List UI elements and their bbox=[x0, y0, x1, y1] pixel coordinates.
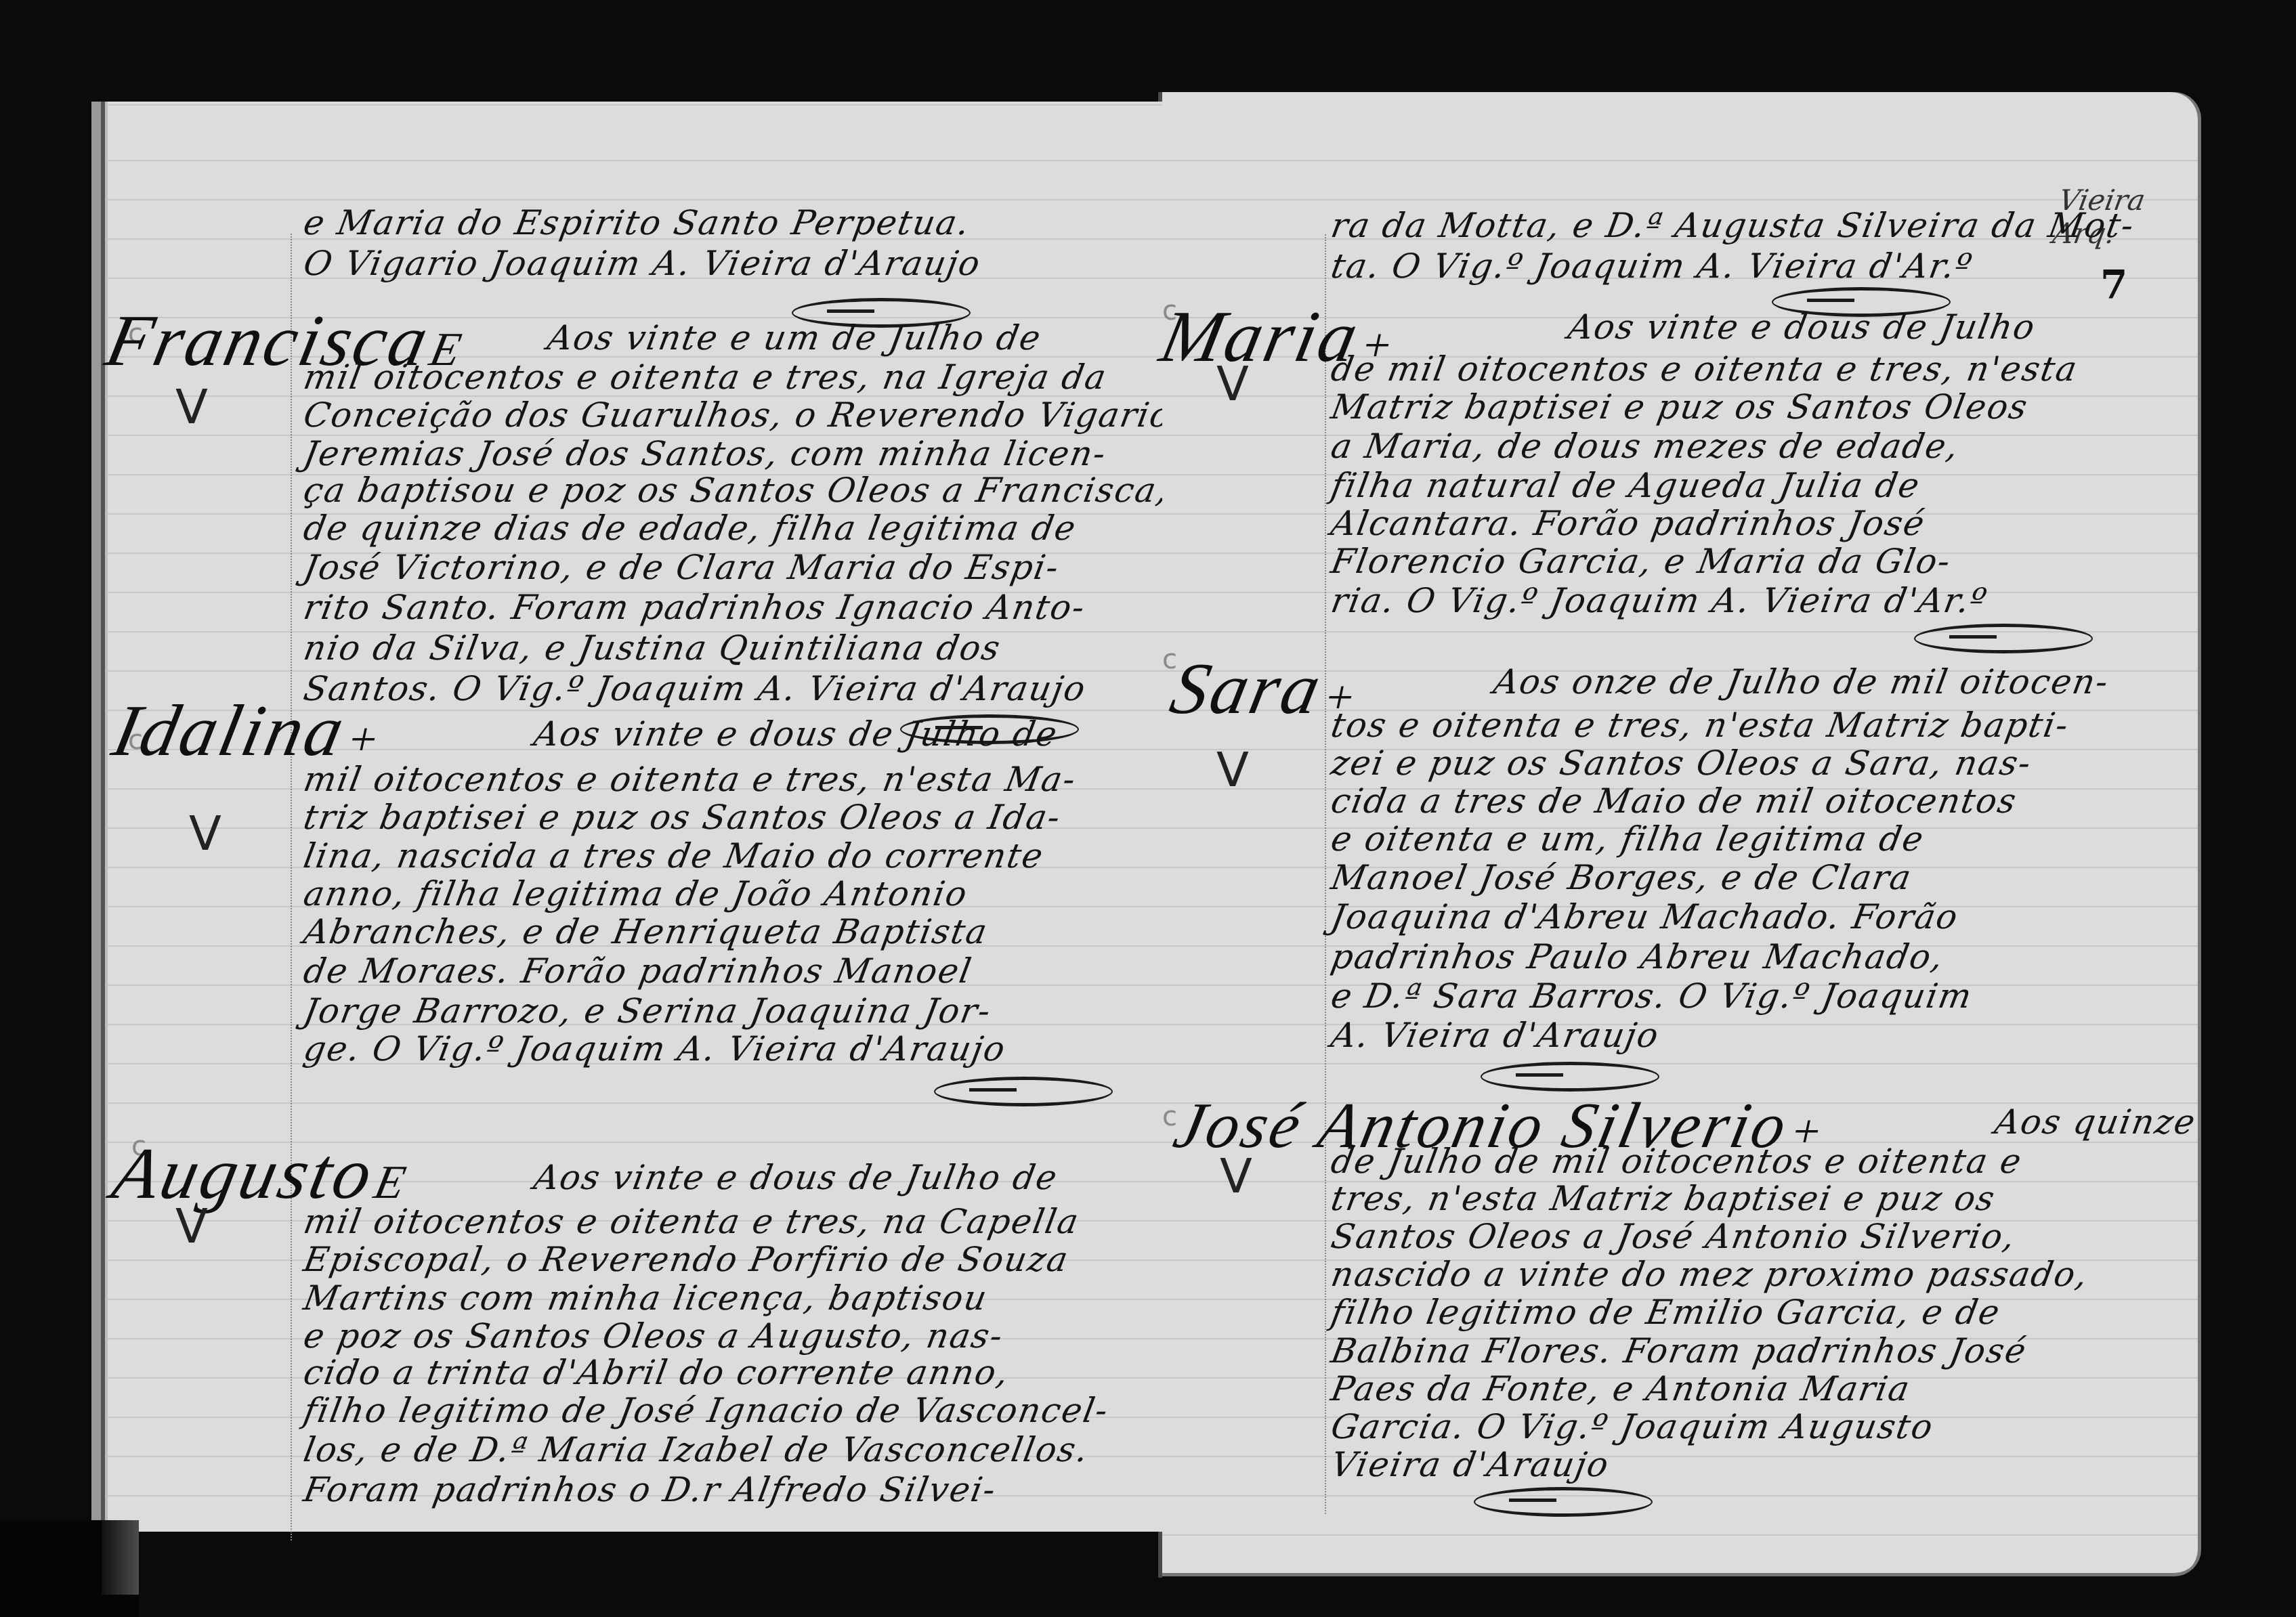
entry-line: Matriz baptisei e puz os Santos Oleos bbox=[1328, 387, 2031, 427]
entry-line: cido a trinta d'Abril do corrente anno, bbox=[301, 1353, 1013, 1392]
signature-flourish bbox=[1474, 1487, 1653, 1517]
entry-line: Balbina Flores. Foram padrinhos José bbox=[1328, 1331, 2031, 1371]
margin-rule bbox=[1325, 234, 1326, 1514]
entry-line: filho legitimo de Emilio Garcia, e de bbox=[1328, 1293, 2004, 1332]
entry-line: Aos vinte e dous de Julho de bbox=[531, 1158, 1061, 1197]
entry-line: a Maria, de dous mezes de edade, bbox=[1328, 427, 1963, 466]
entry-line: Alcantara. Forão padrinhos José bbox=[1328, 504, 1929, 543]
entry-line: zei e puz os Santos Oleos a Sara, nas- bbox=[1328, 743, 2035, 783]
entry-line: Joaquina d'Abreu Machado. Forão bbox=[1328, 897, 1962, 936]
signature-line: Santos. O Vig.º Joaquim A. Vieira d'Arau… bbox=[301, 669, 1090, 708]
entry-line: Episcopal, o Reverendo Porfirio de Souza bbox=[301, 1240, 1072, 1279]
entry-line: Florencio Garcia, e Maria da Glo- bbox=[1328, 542, 1955, 581]
signature-line: O Vigario Joaquim A. Vieira d'Araujo bbox=[301, 244, 984, 283]
entry-line: mil oitocentos e oitenta e tres, n'esta … bbox=[301, 760, 1080, 799]
left-page: e Maria do Espirito Santo Perpetua. O Vi… bbox=[91, 102, 1169, 1532]
entry-line: cida a tres de Maio de mil oitocentos bbox=[1328, 781, 2020, 821]
entry-line: los, e de D.ª Maria Izabel de Vasconcell… bbox=[301, 1430, 1092, 1469]
entry-line: tres, n'esta Matriz baptisei e puz os bbox=[1328, 1179, 1999, 1218]
entry-line: Aos vinte e um de Julho de bbox=[545, 318, 1045, 358]
entry-line: nio da Silva, e Justina Quintiliana dos bbox=[301, 628, 1004, 668]
margin-c-mark: c bbox=[1162, 644, 1177, 675]
entry-line: Foram padrinhos o D.r Alfredo Silvei- bbox=[301, 1470, 1000, 1509]
page-number: 7 bbox=[2100, 261, 2127, 307]
entry-line: e D.ª Sara Barros. O Vig.º Joaquim bbox=[1328, 976, 1976, 1016]
entry-line: filha natural de Agueda Julia de bbox=[1328, 466, 1923, 505]
signature-flourish bbox=[1914, 624, 2093, 653]
entry-line: tos e oitenta e tres, n'esta Matriz bapt… bbox=[1328, 706, 2072, 745]
entry-line: mil oitocentos e oitenta e tres, na Cape… bbox=[301, 1202, 1082, 1241]
entry-line: Aos quinze bbox=[1992, 1102, 2199, 1142]
check-mark: V bbox=[175, 379, 208, 435]
continuation-line: e Maria do Espirito Santo Perpetua. bbox=[301, 203, 973, 242]
entry-line: anno, filha legitima de João Antonio bbox=[301, 874, 971, 913]
check-mark: V bbox=[1220, 1148, 1252, 1204]
scanner-shadow-edge bbox=[102, 1520, 139, 1595]
entry-line: lina, nascida a tres de Maio do corrente bbox=[301, 836, 1047, 876]
entry-line: José Victorino, e de Clara Maria do Espi… bbox=[301, 548, 1063, 587]
check-mark: V bbox=[1216, 356, 1249, 412]
signature-line: ge. O Vig.º Joaquim A. Vieira d'Araujo bbox=[301, 1029, 1009, 1069]
entry-line: Aos vinte e dous de Julho de bbox=[531, 714, 1061, 754]
entry-line: de mil oitocentos e oitenta e tres, n'es… bbox=[1328, 349, 2081, 389]
check-mark: V bbox=[1216, 742, 1249, 798]
entry-mark: + bbox=[341, 714, 387, 766]
entry-line: de quinze dias de edade, filha legitima … bbox=[301, 509, 1080, 548]
signature-line: A. Vieira d'Araujo bbox=[1328, 1016, 1663, 1055]
entry-line: Conceição dos Guarulhos, o Reverendo Vig… bbox=[301, 395, 1175, 435]
entry-line: e poz os Santos Oleos a Augusto, nas- bbox=[301, 1316, 1006, 1356]
right-page: Vieira Arq. 7 ra da Motta, e D.ª Augusta… bbox=[1162, 92, 2201, 1576]
entry-line: Jorge Barrozo, e Serina Joaquina Jor- bbox=[301, 991, 995, 1031]
signature-flourish bbox=[934, 1077, 1113, 1106]
entry-line: Santos Oleos a José Antonio Silverio, bbox=[1328, 1217, 2019, 1256]
entry-line: e oitenta e um, filha legitima de bbox=[1328, 819, 1928, 859]
entry-line: Jeremias José dos Santos, com minha lice… bbox=[301, 434, 1110, 473]
entry-line: mil oitocentos e oitenta e tres, na Igre… bbox=[301, 358, 1110, 397]
entry-line: triz baptisei e puz os Santos Oleos a Id… bbox=[301, 798, 1064, 837]
entry-line: de Moraes. Forão padrinhos Manoel bbox=[301, 951, 975, 991]
entry-line: ça baptisou e poz os Santos Oleos a Fran… bbox=[301, 471, 1172, 510]
entry-line: Aos onze de Julho de mil oitocen- bbox=[1491, 662, 2112, 702]
entry-mark: E bbox=[370, 1157, 412, 1209]
entry-line: Manoel José Borges, e de Clara bbox=[1328, 858, 1915, 897]
signature-line: ria. O Vig.º Joaquim A. Vieira d'Ar.º bbox=[1328, 581, 1991, 620]
entry-line: padrinhos Paulo Abreu Machado, bbox=[1328, 937, 1947, 976]
entry-line: rito Santo. Foram padrinhos Ignacio Anto… bbox=[301, 588, 1089, 627]
entry-line: Abranches, e de Henriqueta Baptista bbox=[301, 912, 992, 951]
signature-line: Vieira d'Araujo bbox=[1328, 1445, 1613, 1484]
entry-name: Sara bbox=[1164, 649, 1330, 729]
entry-line: Garcia. O Vig.º Joaquim Augusto bbox=[1328, 1407, 1937, 1446]
entry-line: de Julho de mil oitocentos e oitenta e bbox=[1328, 1142, 2026, 1181]
check-mark: V bbox=[189, 806, 221, 861]
continuation-line: ra da Motta, e D.ª Augusta Silveira da M… bbox=[1328, 206, 2138, 245]
entry-line: nascido a vinte do mez proximo passado, bbox=[1328, 1255, 2091, 1294]
check-mark: V bbox=[175, 1199, 208, 1254]
entry-line: Paes da Fonte, e Antonia Maria bbox=[1328, 1369, 1914, 1408]
entry-line: Aos vinte e dous de Julho bbox=[1565, 307, 2039, 347]
signature-line: ta. O Vig.º Joaquim A. Vieira d'Ar.º bbox=[1328, 246, 1976, 286]
entry-line: Martins com minha licença, baptisou bbox=[301, 1278, 991, 1318]
entry-line: filho legitimo de José Ignacio de Vascon… bbox=[301, 1391, 1112, 1430]
margin-rule bbox=[291, 234, 292, 1540]
